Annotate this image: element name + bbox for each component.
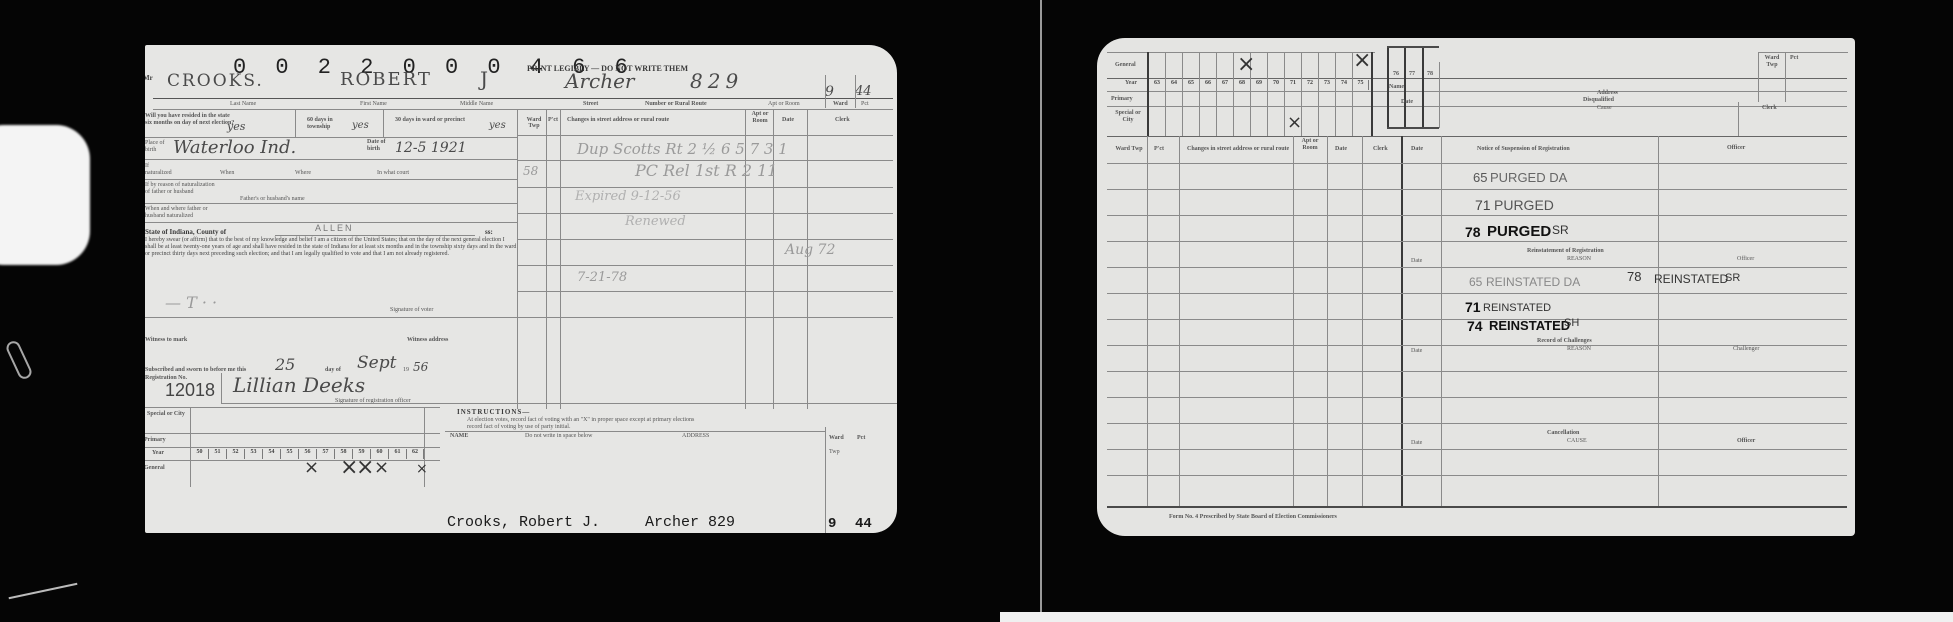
first-name-label: First Name <box>360 101 387 107</box>
street-label: Street <box>583 101 598 107</box>
suspension-date-header: Date <box>1411 146 1423 152</box>
thirty-days-label: 30 days in ward or precinct <box>395 117 465 124</box>
suspension-2-text: PURGED <box>1494 198 1554 212</box>
change-row-4: Renewed <box>625 215 686 228</box>
reinstatement-1-text: REINSTATED DA <box>1486 276 1580 288</box>
grid-row-general: General <box>145 465 165 471</box>
sixty-days-answer: yes <box>352 121 369 131</box>
reinstatement-2-text: REINSTATED <box>1483 303 1551 314</box>
ward-twp-header: Ward Twp <box>523 117 545 129</box>
change-row-6: Aug 72 <box>785 243 835 257</box>
instructions-line1: At election votes, record fact of voting… <box>467 417 694 423</box>
reinstatement-3-suffix: SH <box>1564 318 1579 329</box>
challenger-header: Challenger <box>1733 346 1759 352</box>
apt-room-header: Apt or Room <box>1296 138 1324 152</box>
stub-name-label: NAME <box>450 433 468 439</box>
oath-text: I hereby swear (or affirm) that to the b… <box>145 237 517 258</box>
disqualified-label: Disqualified <box>1583 97 1614 103</box>
date-of-birth-value: 12-5 1921 <box>395 141 467 155</box>
court-label: In what court <box>377 170 409 176</box>
vote-mark-59: × <box>356 455 374 480</box>
voting-history-grid-left: Special or City Primary 50 51 52 53 54 5… <box>145 407 440 533</box>
change-row-7: 7-21-78 <box>577 271 627 284</box>
reinstatement-1b-text: REINSTATED <box>1654 273 1728 285</box>
challenges-reason-header: REASON <box>1567 346 1591 352</box>
suspension-header: Notice of Suspension of Registration <box>1477 146 1570 152</box>
stub-ward-value: 9 <box>828 517 836 531</box>
stub-ward-label: Ward <box>829 435 844 441</box>
reinstatement-1b-year: 78 <box>1627 270 1641 283</box>
apt-label: Apt or Room <box>768 101 800 107</box>
frame-edge <box>1000 612 1953 622</box>
reinstatement-date-header: Date <box>1411 258 1422 264</box>
suspension-2-year: 71 <box>1475 198 1491 212</box>
voter-signature: — T · · <box>165 295 217 311</box>
ward-twp-header: Ward Twp <box>1115 145 1143 153</box>
challenges-header: Record of Challenges <box>1537 338 1592 344</box>
top-ward-twp-label: Ward Twp <box>1761 55 1783 69</box>
grid-row-primary: Primary <box>145 437 166 443</box>
stub-address-label: ADDRESS <box>682 433 709 439</box>
suspension-1-year: 65 <box>1473 171 1487 184</box>
cancellation-cause-header: CAUSE <box>1567 438 1587 444</box>
subscribed-label: Subscribed and sworn to before me this <box>145 367 246 373</box>
instructions-line2: record fact of voting by use of party in… <box>467 424 570 430</box>
six-months-answer: yes <box>227 121 245 132</box>
change-row-3: Expired 9-12-56 <box>575 190 681 203</box>
reinstatement-1b-suffix: SR <box>1725 273 1740 284</box>
reinstatement-3-year: 74 <box>1467 319 1483 333</box>
house-number-value: 829 <box>690 71 743 91</box>
stub-pct-value: 44 <box>855 517 872 531</box>
stub-pct-label: Pct <box>857 435 865 441</box>
changes-header: Changes in street address or rural route <box>1187 146 1289 152</box>
witness-label: Witness to mark <box>145 337 187 343</box>
change-row-1: Dup Scotts Rt 2 ½ 6 5 7 3 1 <box>577 142 788 157</box>
sworn-day-value: 25 <box>275 357 295 373</box>
ward-label: Ward <box>833 101 848 107</box>
year-prefix-label: 19 <box>403 367 409 373</box>
changes-header: Changes in street address or rural route <box>567 117 669 123</box>
place-of-birth-value: Waterloo Ind. <box>173 139 296 157</box>
registration-card-front: 0 0 2 2 0 0 0 4 6 6 PRINT LEGIBLY — DO N… <box>145 45 897 533</box>
clerk-header: Clerk <box>1373 146 1388 152</box>
challenges-date-header: Date <box>1411 348 1422 354</box>
vote-mark-special-71: × <box>1287 112 1302 133</box>
number-label: Number or Rural Route <box>645 101 707 107</box>
witness-address-label: Witness address <box>407 337 448 343</box>
cause-label: Cause <box>1597 105 1612 111</box>
form-footer: Form No. 4 Prescribed by State Board of … <box>1169 514 1337 520</box>
vote-mark-75: × <box>1353 48 1371 73</box>
ss-label: ss: <box>485 229 493 236</box>
extra-year-78: 78 <box>1427 71 1433 77</box>
cancellation-header: Cancellation <box>1547 430 1579 436</box>
pct-header: P'ct <box>548 117 558 123</box>
extra-year-76: 76 <box>1393 71 1399 77</box>
suspension-1-text: PURGED DA <box>1490 171 1567 184</box>
father-naturalization-label: If by reason of naturalization of father… <box>145 182 217 196</box>
stub-address-value: Archer 829 <box>645 515 735 530</box>
date-header: Date <box>1335 146 1347 152</box>
vote-mark-56: × <box>304 457 319 478</box>
change-row-2: PC Rel 1st R 2 11 <box>635 163 777 179</box>
reinstatement-reason-header: REASON <box>1567 256 1591 262</box>
cancellation-date-header: Date <box>1411 440 1422 446</box>
sworn-year-value: 56 <box>413 361 428 373</box>
last-name-value: CROOKS. <box>167 73 264 90</box>
grid-row-year: Year <box>1125 80 1137 86</box>
salutation-label: Mr <box>145 75 153 82</box>
ward-value: 9 <box>825 85 834 99</box>
reinstatement-3-text: REINSTATED <box>1489 319 1570 332</box>
six-months-label: Will you have resided in the state six m… <box>145 113 237 127</box>
grid-row-special: Special or City <box>145 411 188 418</box>
vote-mark-68: × <box>1237 52 1255 77</box>
state-label: State of Indiana, County of <box>145 229 226 236</box>
suspension-officer-header: Officer <box>1727 145 1745 151</box>
middle-name-value: J <box>480 69 488 89</box>
registration-card-back: General Year 63 64 65 66 67 68 69 70 71 … <box>1097 38 1855 536</box>
street-value: Archer <box>565 71 634 91</box>
grid-date-label: Date <box>1401 99 1413 105</box>
grid-row-primary: Primary <box>1111 96 1133 102</box>
top-pct-label: Pct <box>1790 55 1798 61</box>
sixty-days-label: 60 days in township <box>307 117 357 131</box>
last-name-label: Last Name <box>230 101 256 107</box>
suspension-3-text: PURGED <box>1487 224 1551 239</box>
where-label: Where <box>295 170 311 176</box>
naturalized-label: If naturalized <box>145 163 175 177</box>
suspension-3-suffix: SR <box>1552 224 1569 236</box>
stub-twp-label: Twp <box>829 449 840 455</box>
grid-row-special: Special or City <box>1115 110 1141 124</box>
grid-row-general: General <box>1115 62 1136 68</box>
stub-do-not-write: Do not write in space below <box>525 433 592 439</box>
scan-artifact-scratch <box>9 583 78 600</box>
county-value: ALLEN <box>315 224 354 233</box>
scan-artifact-blob <box>0 125 90 265</box>
vote-mark-62: × <box>416 461 428 477</box>
scan-artifact-smudge <box>4 339 34 381</box>
address-label: Address <box>1597 90 1618 96</box>
officer-signature: Lillian Deeks <box>233 375 365 395</box>
registration-number: 12018 <box>165 381 215 399</box>
middle-name-label: Middle Name <box>460 101 493 107</box>
apt-room-header: Apt or Room <box>749 111 771 125</box>
clerk-header: Clerk <box>835 117 850 123</box>
reinstatement-2-year: 71 <box>1465 300 1481 314</box>
pct-label: Pct <box>861 101 869 107</box>
reinstatement-officer-header: Officer <box>1737 256 1754 262</box>
extra-year-77: 77 <box>1409 71 1415 77</box>
thirty-days-answer: yes <box>489 121 506 131</box>
grid-row-year: Year <box>152 450 164 456</box>
pct-header: P'ct <box>1154 146 1164 152</box>
date-header: Date <box>782 117 794 123</box>
father-when-label: When and where father or husband natural… <box>145 206 225 220</box>
place-of-birth-label: Place of birth <box>145 140 175 154</box>
date-of-birth-label: Date of birth <box>367 139 397 153</box>
signature-voter-label: Signature of voter <box>390 307 433 313</box>
reinstatement-header: Reinstatement of Registration <box>1527 248 1604 254</box>
suspension-3-year: 78 <box>1465 225 1481 239</box>
when-label: When <box>220 170 234 176</box>
cancellation-officer-header: Officer <box>1737 438 1755 444</box>
pct-value: 44 <box>855 85 872 98</box>
instructions-title: INSTRUCTIONS— <box>457 409 530 416</box>
sworn-month-value: Sept <box>357 355 396 372</box>
frame-divider <box>1040 0 1042 622</box>
change-row-2-ward: 58 <box>523 165 538 177</box>
vote-mark-60: × <box>374 457 389 478</box>
top-clerk-label: Clerk <box>1762 105 1777 111</box>
reinstatement-1-year: 65 <box>1469 276 1482 288</box>
stub-name-value: Crooks, Robert J. <box>447 515 600 530</box>
father-name-label: Father's or husband's name <box>240 196 305 202</box>
grid-name-label: Name <box>1389 84 1404 90</box>
first-name-value: ROBERT <box>340 71 432 89</box>
